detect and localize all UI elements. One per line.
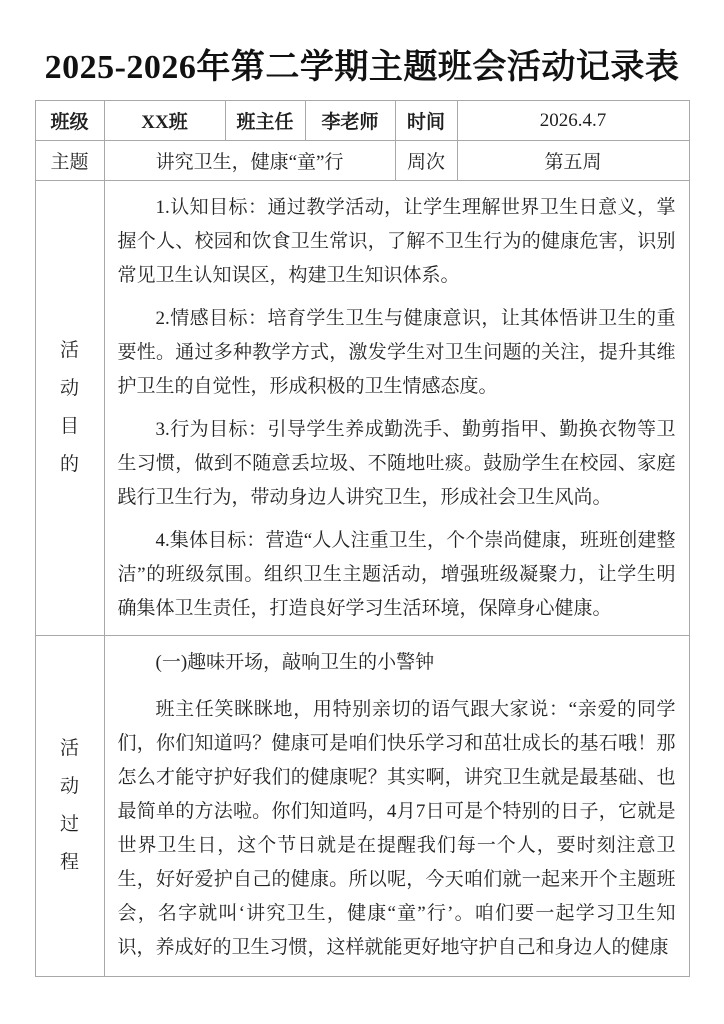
process-paragraph-1: 班主任笑眯眯地，用特别亲切的语气跟大家说：“亲爱的同学们，你们知道吗？健康可是咱… (118, 693, 676, 965)
goals-row: 活动目的 1.认知目标：通过教学活动，让学生理解世界卫生日意义，掌握个人、校园和… (35, 181, 689, 636)
topic-label: 主题 (35, 141, 104, 181)
process-label-text: 活动过程 (57, 730, 82, 882)
goal-paragraph-4: 4.集体目标：营造“人人注重卫生，个个崇尚健康，班班创建整洁”的班级氛围。组织卫… (118, 524, 676, 626)
goals-section-content: 1.认知目标：通过教学活动，让学生理解世界卫生日意义，掌握个人、校园和饮食卫生常… (104, 181, 689, 636)
time-value: 2026.4.7 (457, 101, 689, 141)
class-label: 班级 (35, 101, 104, 141)
record-table: 班级 XX班 班主任 李老师 时间 2026.4.7 主题 讲究卫生，健康“童”… (35, 100, 690, 977)
week-value: 第五周 (457, 141, 689, 181)
goals-label-text: 活动目的 (57, 332, 82, 484)
goals-section-label: 活动目的 (35, 181, 104, 636)
info-row-1: 班级 XX班 班主任 李老师 时间 2026.4.7 (35, 101, 689, 141)
goal-paragraph-3: 3.行为目标：引导学生养成勤洗手、勤剪指甲、勤换衣物等卫生习惯，做到不随意丢垃圾… (118, 413, 676, 515)
goal-paragraph-1: 1.认知目标：通过教学活动，让学生理解世界卫生日意义，掌握个人、校园和饮食卫生常… (118, 191, 676, 293)
page-title: 2025-2026年第二学期主题班会活动记录表 (30, 46, 694, 90)
process-section-content: (一)趣味开场，敲响卫生的小警钟 班主任笑眯眯地，用特别亲切的语气跟大家说：“亲… (104, 636, 689, 977)
goal-paragraph-2: 2.情感目标：培育学生卫生与健康意识，让其体悟讲卫生的重要性。通过多种教学方式，… (118, 302, 676, 404)
process-section-label: 活动过程 (35, 636, 104, 977)
teacher-value: 李老师 (305, 101, 395, 141)
time-label: 时间 (395, 101, 457, 141)
teacher-label: 班主任 (225, 101, 305, 141)
info-row-2: 主题 讲究卫生，健康“童”行 周次 第五周 (35, 141, 689, 181)
process-subheading: (一)趣味开场，敲响卫生的小警钟 (118, 646, 676, 680)
week-label: 周次 (395, 141, 457, 181)
class-value: XX班 (104, 101, 225, 141)
document-page: 2025-2026年第二学期主题班会活动记录表 班级 XX班 班主任 李老师 时… (0, 0, 724, 1024)
process-row: 活动过程 (一)趣味开场，敲响卫生的小警钟 班主任笑眯眯地，用特别亲切的语气跟大… (35, 636, 689, 977)
process-text-block: (一)趣味开场，敲响卫生的小警钟 班主任笑眯眯地，用特别亲切的语气跟大家说：“亲… (105, 636, 689, 976)
goals-text-block: 1.认知目标：通过教学活动，让学生理解世界卫生日意义，掌握个人、校园和饮食卫生常… (105, 181, 689, 635)
topic-value: 讲究卫生，健康“童”行 (104, 141, 395, 181)
